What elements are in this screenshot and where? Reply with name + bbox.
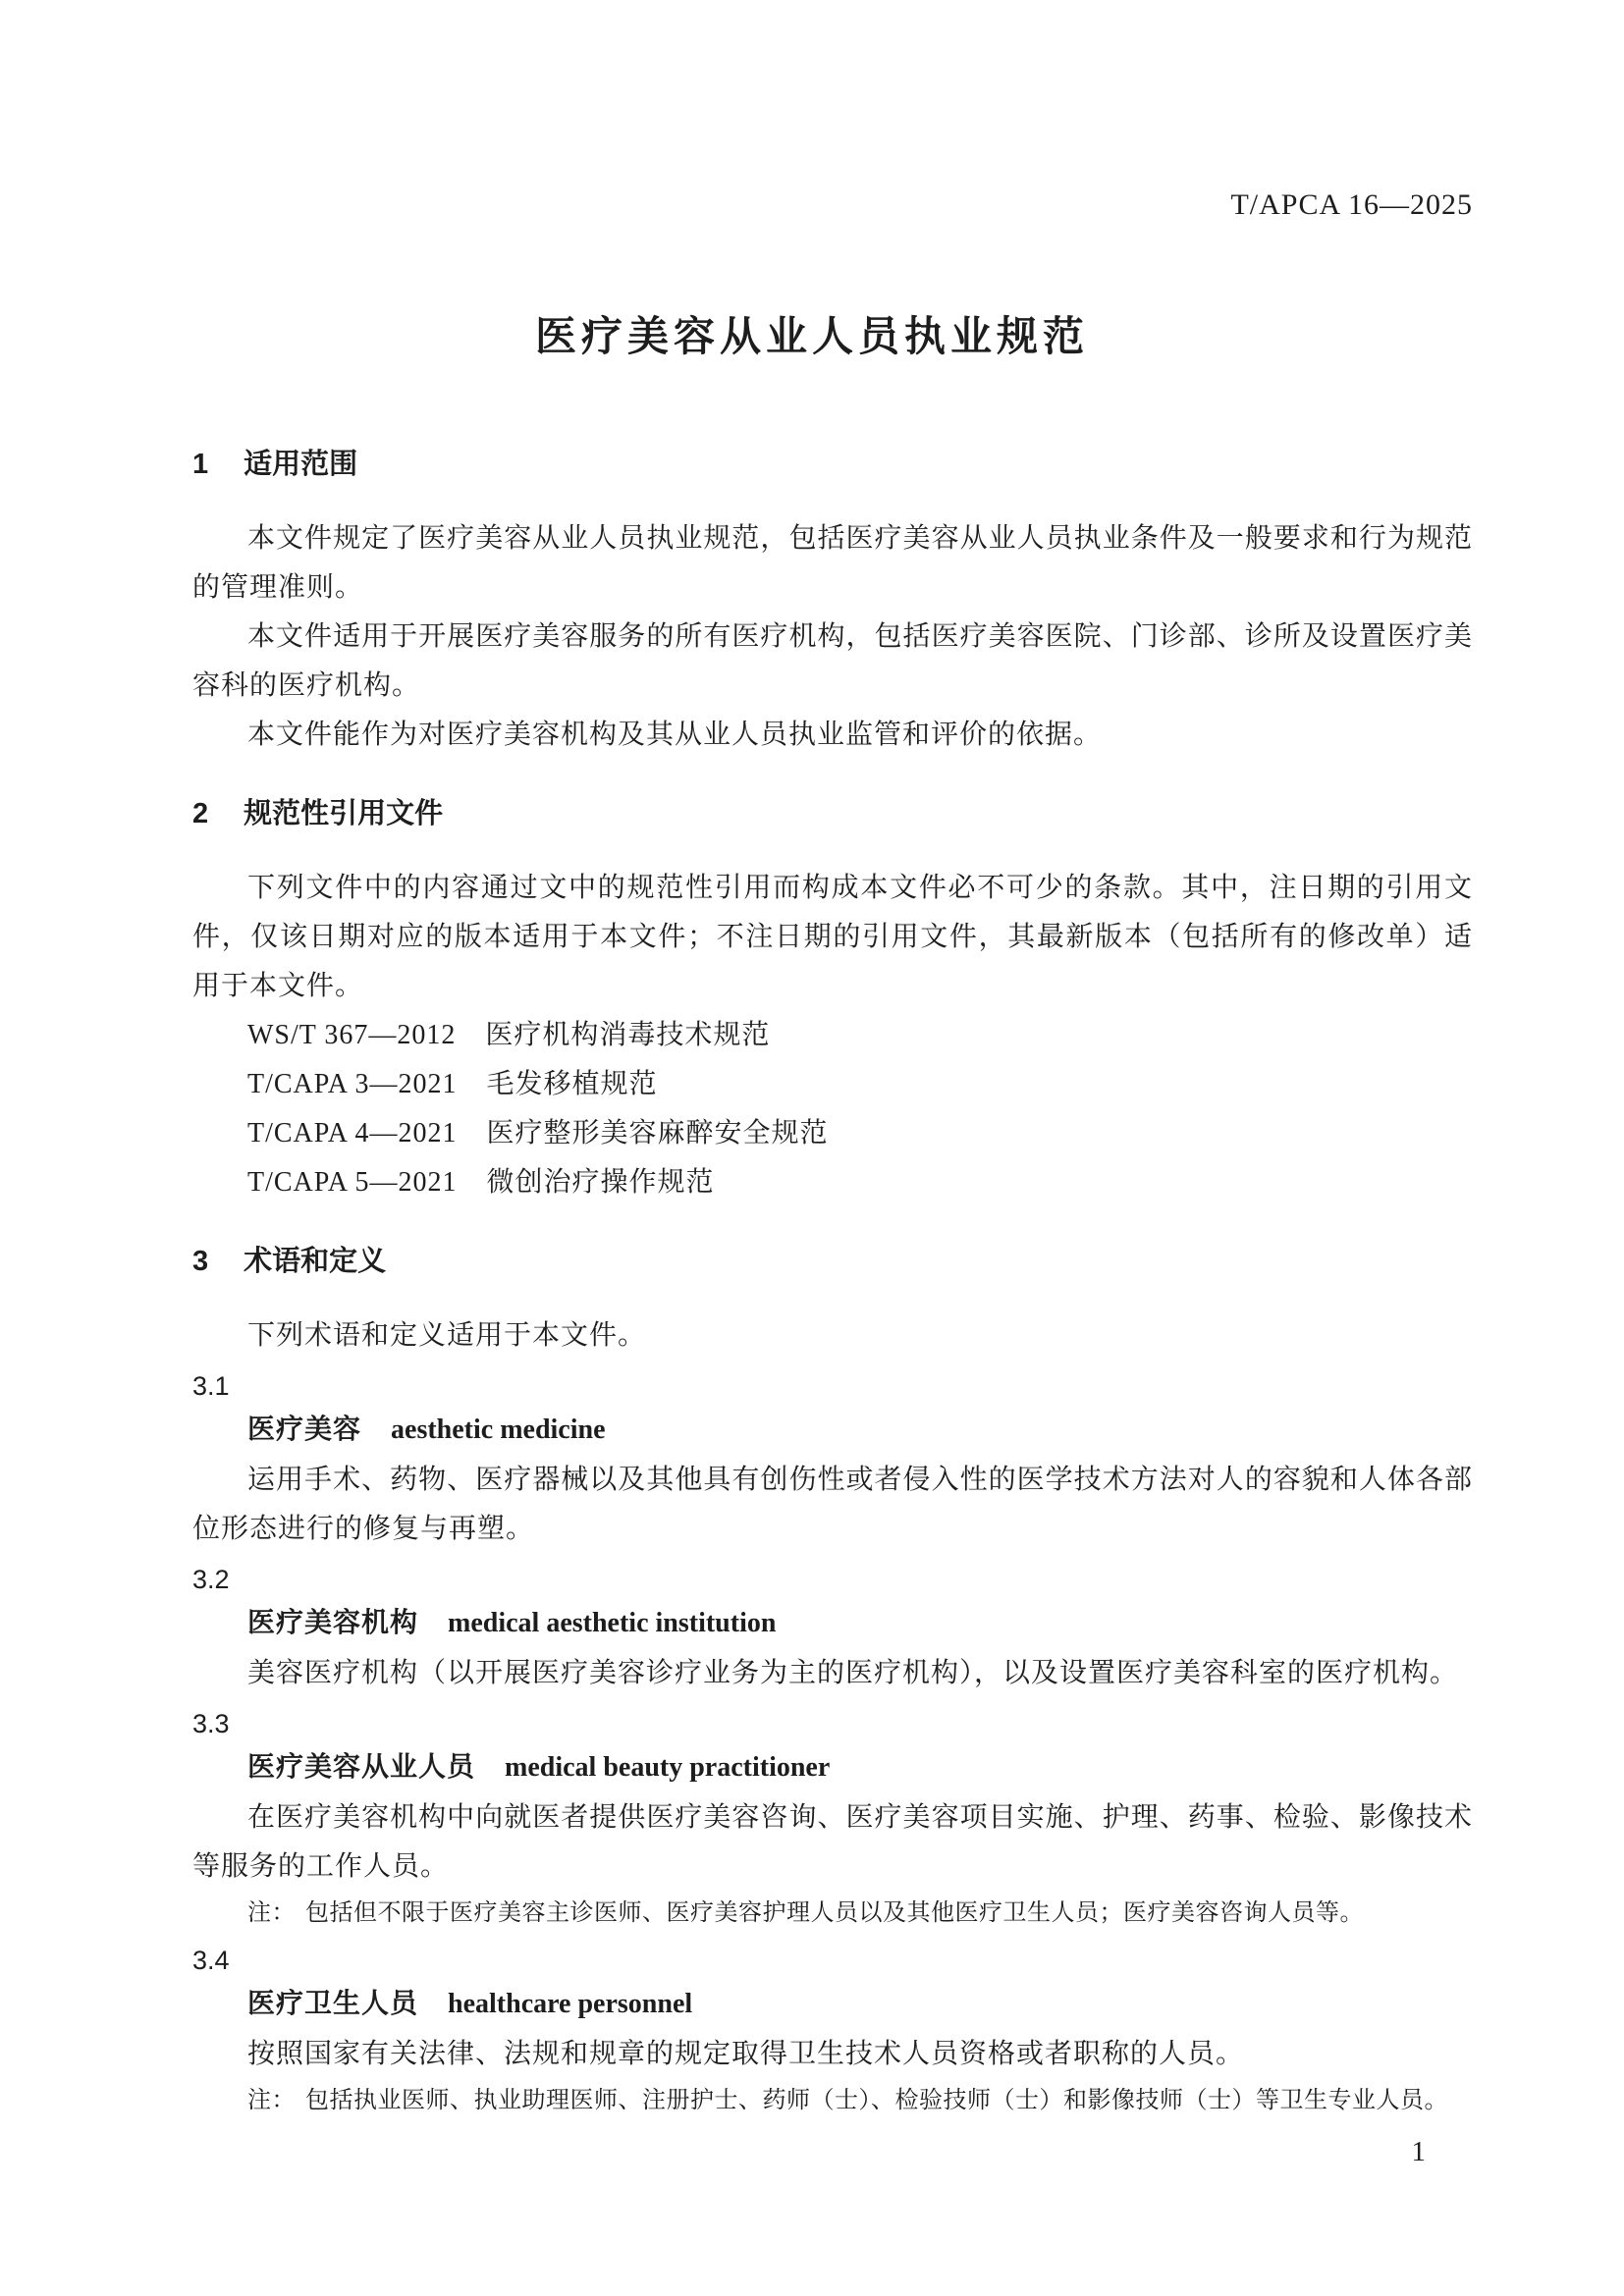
term-name: 医疗美容从业人员medical beauty practitioner bbox=[192, 1745, 1473, 1793]
note-text: 包括但不限于医疗美容主诊医师、医疗美容护理人员以及其他医疗卫生人员；医疗美容咨询… bbox=[305, 1900, 1364, 1926]
reference-title: 医疗整形美容麻醉安全规范 bbox=[486, 1118, 828, 1148]
reference-code: T/CAPA 4—2021 bbox=[247, 1118, 457, 1148]
term-name: 医疗美容aesthetic medicine bbox=[192, 1408, 1473, 1456]
term-name-zh: 医疗美容 bbox=[247, 1414, 361, 1444]
term-name-en: aesthetic medicine bbox=[391, 1415, 606, 1445]
term-note: 注：包括但不限于医疗美容主诊医师、医疗美容护理人员以及其他医疗卫生人员；医疗美容… bbox=[192, 1892, 1473, 1935]
doc-code: T/APCA 16—2025 bbox=[192, 188, 1473, 222]
note-text: 包括执业医师、执业助理医师、注册护士、药师（士）、检验技师（士）和影像技师（士）… bbox=[305, 2088, 1448, 2113]
section-3-number: 3 bbox=[192, 1246, 208, 1277]
term-name-zh: 医疗美容从业人员 bbox=[247, 1751, 475, 1782]
term-name-zh: 医疗美容机构 bbox=[247, 1607, 418, 1637]
doc-content: 1适用范围 本文件规定了医疗美容从业人员执业规范，包括医疗美容从业人员执业条件及… bbox=[192, 448, 1473, 2122]
note-label: 注： bbox=[247, 2088, 296, 2113]
term-number: 3.1 bbox=[192, 1364, 1473, 1408]
reference-code: T/CAPA 3—2021 bbox=[247, 1069, 457, 1099]
term-name-en: medical beauty practitioner bbox=[505, 1752, 830, 1783]
reference-title: 毛发移植规范 bbox=[486, 1069, 657, 1099]
reference-item: T/CAPA 4—2021医疗整形美容麻醉安全规范 bbox=[192, 1109, 1473, 1158]
reference-title: 微创治疗操作规范 bbox=[486, 1167, 714, 1198]
note-label: 注： bbox=[247, 1900, 296, 1926]
term-definition: 在医疗美容机构中向就医者提供医疗美容咨询、医疗美容项目实施、护理、药事、检验、影… bbox=[192, 1793, 1473, 1892]
section-1-paragraph-3: 本文件能作为对医疗美容机构及其从业人员执业监管和评价的依据。 bbox=[192, 711, 1473, 760]
reference-code: WS/T 367—2012 bbox=[247, 1020, 456, 1050]
term-name-en: medical aesthetic institution bbox=[448, 1608, 776, 1638]
document-page: { "header": { "doc_code": "T/APCA 16—202… bbox=[0, 0, 1624, 2296]
reference-code: T/CAPA 5—2021 bbox=[247, 1167, 457, 1198]
section-2-title: 规范性引用文件 bbox=[244, 798, 443, 829]
section-2-intro: 下列文件中的内容通过文中的规范性引用而构成本文件必不可少的条款。其中，注日期的引… bbox=[192, 864, 1473, 1011]
term-note: 注：包括执业医师、执业助理医师、注册护士、药师（士）、检验技师（士）和影像技师（… bbox=[192, 2079, 1473, 2122]
doc-title: 医疗美容从业人员执业规范 bbox=[0, 304, 1624, 363]
page-number: 1 bbox=[1412, 2136, 1427, 2168]
term-number: 3.3 bbox=[192, 1702, 1473, 1745]
section-1-title: 适用范围 bbox=[244, 449, 357, 480]
term-definition: 按照国家有关法律、法规和规章的规定取得卫生技术人员资格或者职称的人员。 bbox=[192, 2030, 1473, 2079]
term-name: 医疗美容机构medical aesthetic institution bbox=[192, 1601, 1473, 1649]
section-2-number: 2 bbox=[192, 798, 208, 829]
section-1-number: 1 bbox=[192, 449, 208, 480]
term-name-en: healthcare personnel bbox=[448, 1989, 692, 2019]
section-1-paragraph-1: 本文件规定了医疗美容从业人员执业规范，包括医疗美容从业人员执业条件及一般要求和行… bbox=[192, 514, 1473, 613]
term-definition: 美容医疗机构（以开展医疗美容诊疗业务为主的医疗机构），以及设置医疗美容科室的医疗… bbox=[192, 1649, 1473, 1698]
term-name-zh: 医疗卫生人员 bbox=[247, 1988, 418, 2018]
section-3-intro: 下列术语和定义适用于本文件。 bbox=[192, 1311, 1473, 1361]
section-1-paragraph-2: 本文件适用于开展医疗美容服务的所有医疗机构，包括医疗美容医院、门诊部、诊所及设置… bbox=[192, 613, 1473, 711]
section-3-heading: 3术语和定义 bbox=[192, 1245, 1473, 1278]
reference-title: 医疗机构消毒技术规范 bbox=[485, 1020, 770, 1050]
section-3-title: 术语和定义 bbox=[244, 1246, 386, 1277]
reference-item: T/CAPA 3—2021毛发移植规范 bbox=[192, 1060, 1473, 1109]
term-name: 医疗卫生人员healthcare personnel bbox=[192, 1982, 1473, 2030]
reference-item: T/CAPA 5—2021微创治疗操作规范 bbox=[192, 1158, 1473, 1207]
section-1-heading: 1适用范围 bbox=[192, 448, 1473, 481]
reference-item: WS/T 367—2012医疗机构消毒技术规范 bbox=[192, 1011, 1473, 1060]
term-3-3: 3.3 医疗美容从业人员medical beauty practitioner … bbox=[192, 1702, 1473, 1935]
term-number: 3.2 bbox=[192, 1558, 1473, 1601]
section-2-heading: 2规范性引用文件 bbox=[192, 797, 1473, 830]
term-definition: 运用手术、药物、医疗器械以及其他具有创伤性或者侵入性的医学技术方法对人的容貌和人… bbox=[192, 1456, 1473, 1554]
term-3-1: 3.1 医疗美容aesthetic medicine 运用手术、药物、医疗器械以… bbox=[192, 1364, 1473, 1554]
term-number: 3.4 bbox=[192, 1939, 1473, 1982]
term-3-2: 3.2 医疗美容机构medical aesthetic institution … bbox=[192, 1558, 1473, 1698]
term-3-4: 3.4 医疗卫生人员healthcare personnel 按照国家有关法律、… bbox=[192, 1939, 1473, 2122]
